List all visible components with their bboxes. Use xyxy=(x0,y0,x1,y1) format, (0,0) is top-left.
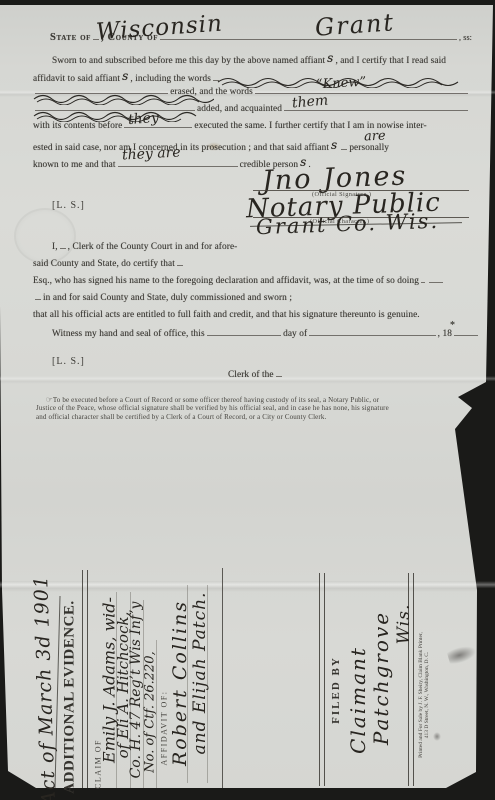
affidavit-of-label: AFFIDAVIT OF: xyxy=(160,691,169,766)
clerk-line-2: said County and State, do certify that xyxy=(33,259,470,269)
ls-seal-marker: [L. S.] xyxy=(52,200,85,211)
jurat-text: ested in said case, nor am I concerned i… xyxy=(33,143,329,153)
squiggle-strikeout xyxy=(32,108,204,122)
clerk-line-1: I, , Clerk of the County Court in and fo… xyxy=(52,242,470,252)
county-value-handwritten: Grant xyxy=(314,8,396,42)
jurat-text: , and I certify that I read said xyxy=(335,56,446,66)
they-handwritten: they xyxy=(127,110,159,128)
credible-underline xyxy=(118,165,238,167)
ls-seal-marker: [L. S.] xyxy=(52,356,85,367)
filing-place-handwritten: Patchgrove xyxy=(369,611,393,745)
clerk-of-label: Clerk of the xyxy=(228,370,274,380)
are-underline xyxy=(341,148,347,150)
clerk-line-5: that all his official acts are entitled … xyxy=(33,310,420,320)
filed-by-value-handwritten: Claimant xyxy=(346,646,370,754)
jurat-line-5: with its contents before executed the sa… xyxy=(33,121,470,131)
clerk-text: day of xyxy=(283,329,307,339)
footnote-line-3: and official character shall be certifie… xyxy=(36,413,470,421)
witness-line: Witness my hand and seal of office, this… xyxy=(52,329,480,339)
jurat-text: personally xyxy=(349,143,389,153)
clerk-of-underline xyxy=(276,375,282,377)
printer-credit-line-2: 413 D Street, N. W., Washington, D. C. xyxy=(424,632,430,758)
jurat-text: with its contents before xyxy=(33,121,122,131)
additional-evidence-heading: ADDITIONAL EVIDENCE. xyxy=(62,600,79,793)
hand-plural-s: s xyxy=(122,69,128,83)
clerk-text: , Clerk of the County Court in and for a… xyxy=(68,242,238,252)
footnote: ☞To be executed before a Court of Record… xyxy=(36,396,470,421)
filed-by-label: FILED BY xyxy=(330,656,342,724)
so-doing-underline xyxy=(421,281,425,283)
jurat-text: , including the words xyxy=(130,74,211,84)
clerk-text: that all his official acts are entitled … xyxy=(33,310,420,320)
certificate-number-handwritten: No. of Ctf. 26.220, xyxy=(143,651,158,772)
ss-label: , ss: xyxy=(459,33,472,42)
jurat-text: known to me and that xyxy=(33,160,116,170)
jurat-line-6: ested in said case, nor am I concerned i… xyxy=(33,139,470,153)
added-words-underline xyxy=(255,92,468,94)
hand-plural-s: s xyxy=(327,51,333,65)
them-handwritten: them xyxy=(291,92,328,111)
footnote-line-2: Justice of the Peace, whose official sig… xyxy=(36,404,470,412)
state-of-label: State of xyxy=(50,32,91,43)
month-underline xyxy=(309,334,435,336)
affiant-name-2-handwritten: and Elijah Patch. xyxy=(190,592,210,755)
endorsement-rule xyxy=(222,568,223,788)
certify-underline xyxy=(177,264,183,266)
are-handwritten: are xyxy=(364,128,386,144)
squiggle-strikeout xyxy=(32,91,214,105)
they-are-handwritten: they are xyxy=(122,144,181,163)
filing-state-handwritten: Wis. xyxy=(394,604,414,645)
clerk-text: I, xyxy=(52,242,58,252)
clerk-text: in and for said County and State, duly c… xyxy=(43,293,292,303)
clerk-line-3: Esq., who has signed his name to the for… xyxy=(33,276,470,286)
footnote-text: To be executed before a Court of Record … xyxy=(53,396,379,404)
so-doing-underline xyxy=(429,281,443,283)
jurat-text: executed the same. I further certify tha… xyxy=(194,121,426,131)
endorsement-double-rule xyxy=(82,570,88,788)
clerk-text: said County and State, do certify that xyxy=(33,259,175,269)
knew-handwritten: “Knew” xyxy=(316,75,367,93)
clerk-text: Witness my hand and seal of office, this xyxy=(52,329,205,339)
clerk-line-4: in and for said County and State, duly c… xyxy=(33,293,470,303)
clerk-name-underline xyxy=(60,247,66,249)
footnote-line-1: ☞To be executed before a Court of Record… xyxy=(36,396,470,404)
jurat-text: affidavit to said affiant xyxy=(33,74,120,84)
jurat-text: Sworn to and subscribed before me this d… xyxy=(52,56,325,66)
printer-credit: Printed and For Sale by J. F. Sheiry, Cl… xyxy=(418,632,430,758)
endorsement-double-rule xyxy=(319,573,325,786)
clerk-text: Esq., who has signed his name to the for… xyxy=(33,276,419,286)
pointing-hand-icon: ☞ xyxy=(46,395,53,404)
clerk-text: , 18 xyxy=(438,329,452,339)
jurat-text: added, and acquainted xyxy=(197,104,282,114)
affiant-name-1-handwritten: Robert Collins xyxy=(169,600,191,766)
clerk-of-line: Clerk of the xyxy=(228,370,470,380)
county-underline xyxy=(160,38,457,40)
day-underline xyxy=(207,334,281,336)
jurat-line-1: Sworn to and subscribed before me this d… xyxy=(52,52,470,66)
commissioned-underline xyxy=(35,298,41,300)
hand-plural-s: s xyxy=(331,138,337,152)
scanned-affidavit-page: State of , County of , ss: Wisconsin Gra… xyxy=(0,0,495,800)
year-underline xyxy=(454,334,478,336)
